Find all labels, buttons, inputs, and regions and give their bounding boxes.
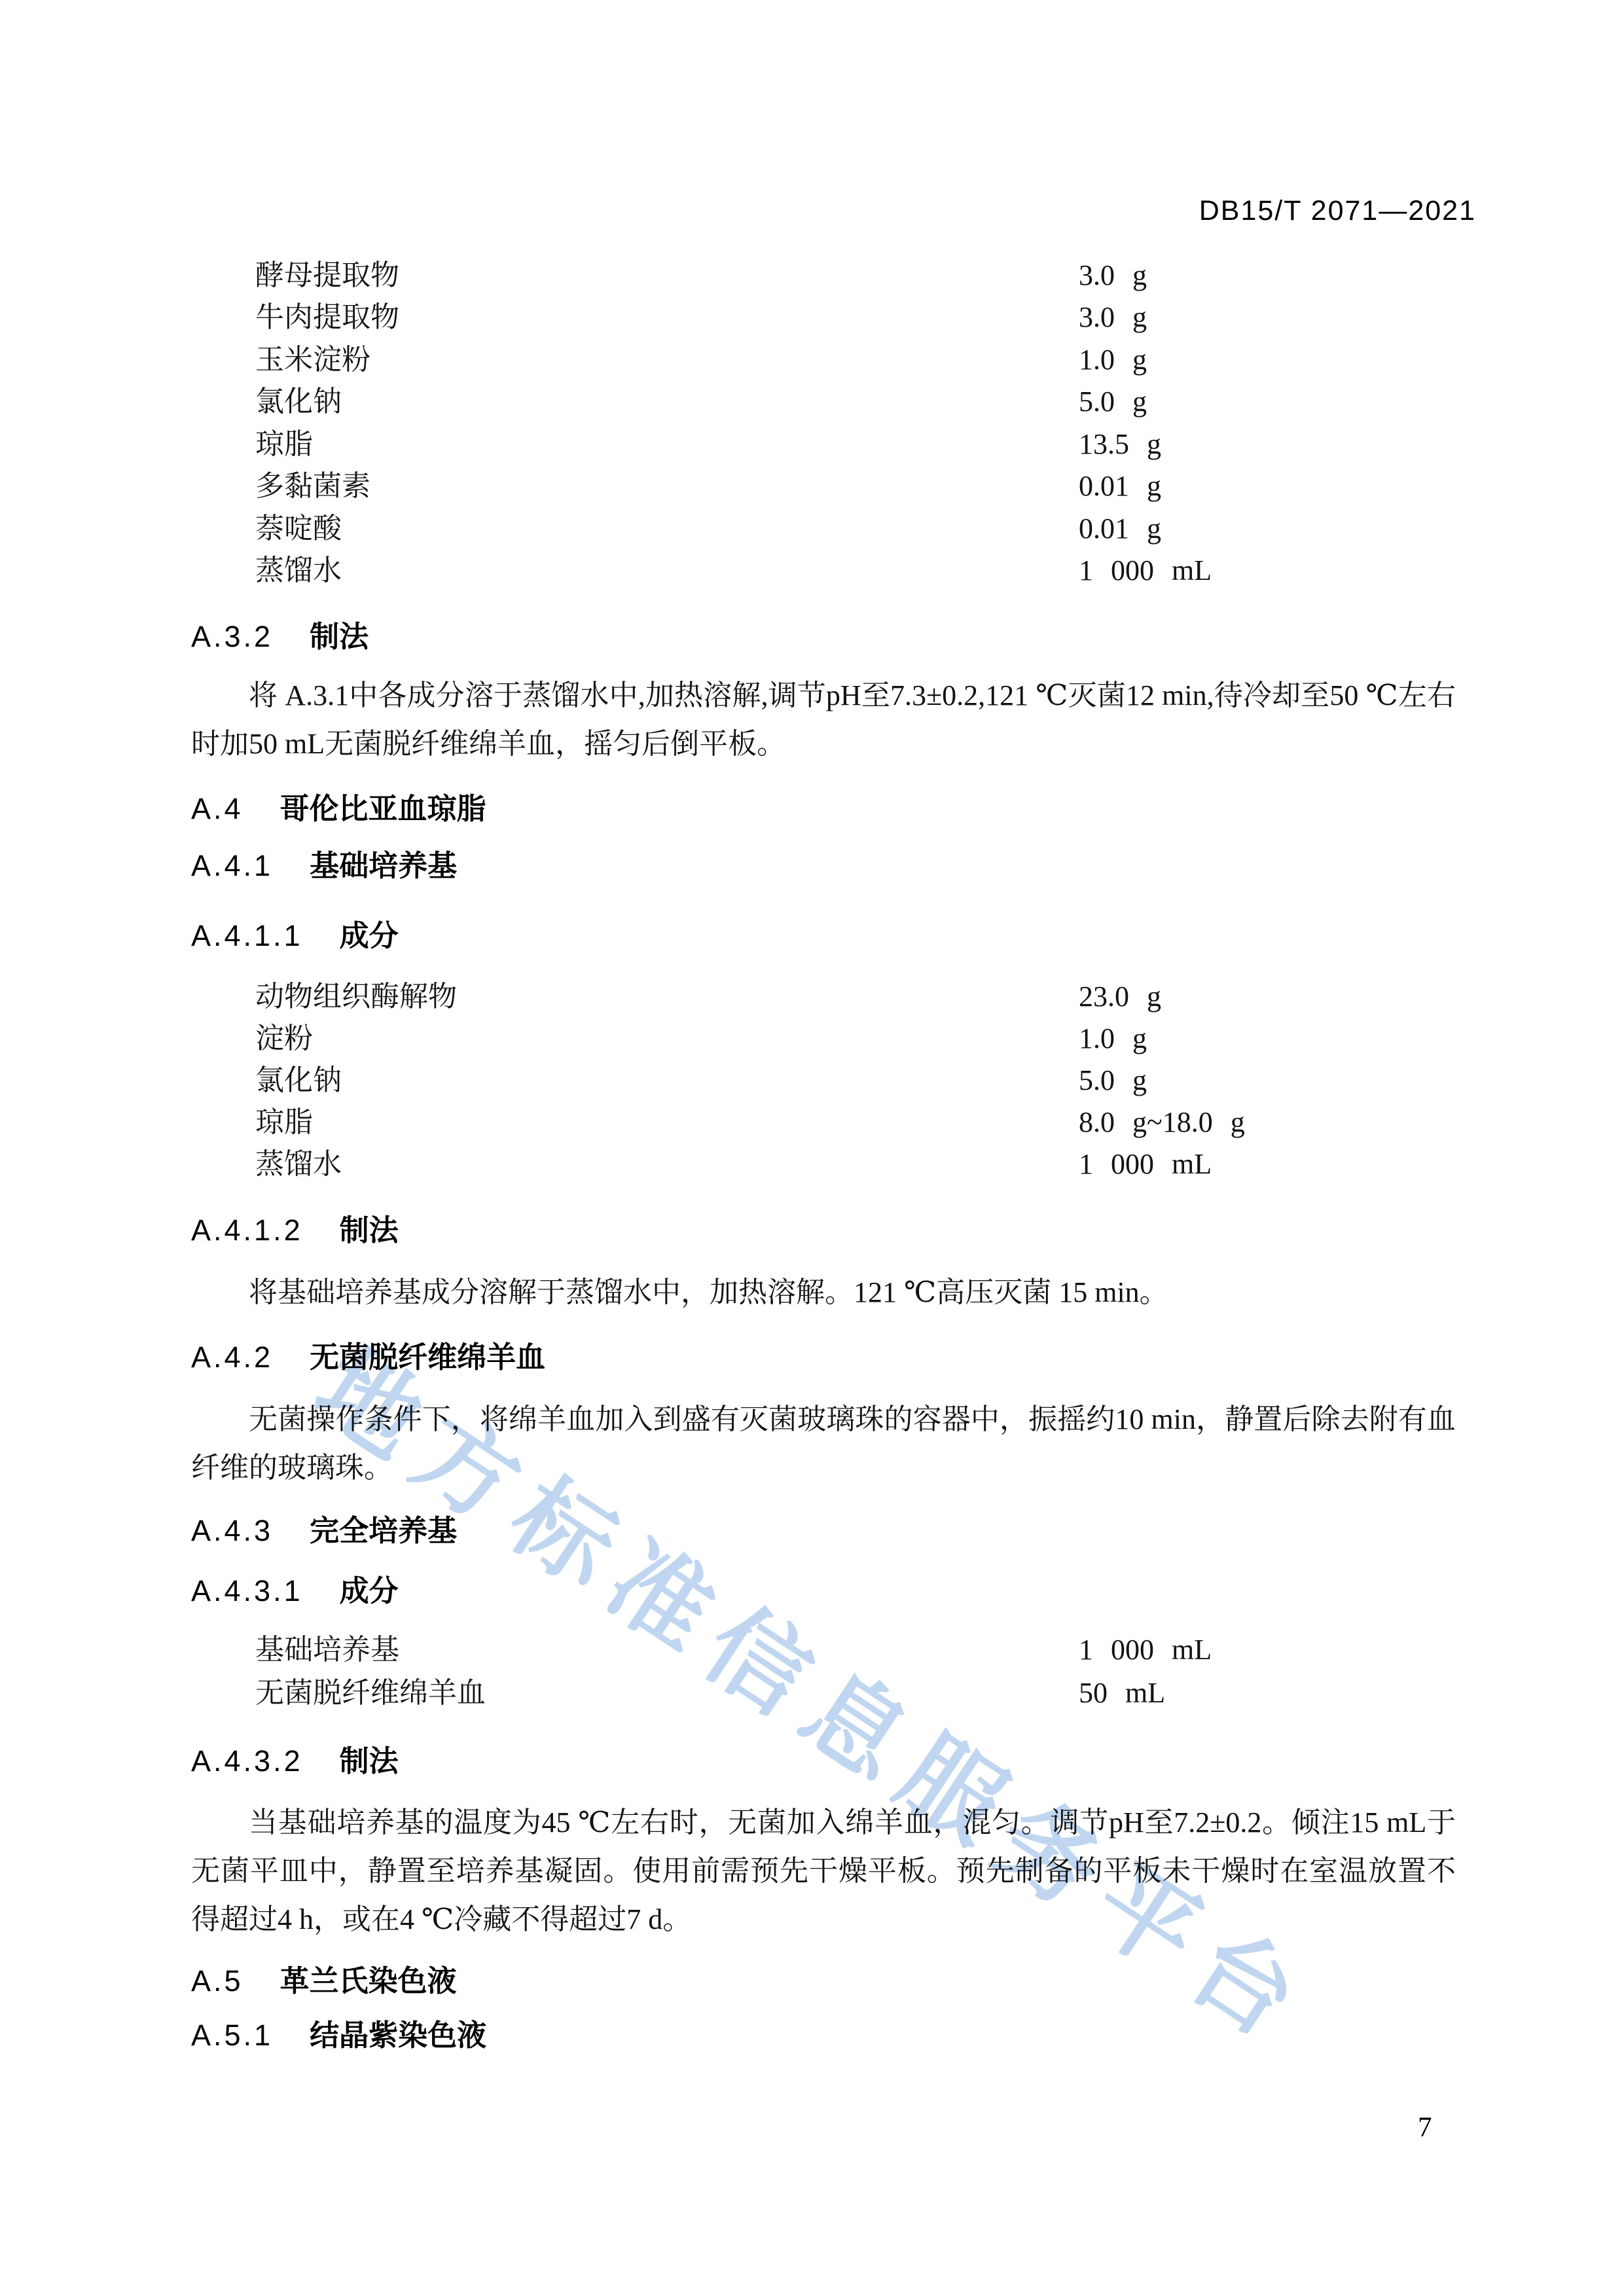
ingredient-label: 多黏菌素	[255, 468, 370, 505]
page-number: 7	[1418, 2111, 1432, 2144]
ingredient-value: 23.0 g	[1079, 978, 1161, 1015]
heading-a432: A.4.3.2制法	[191, 1743, 399, 1780]
heading-a4: A.4哥伦比亚血琼脂	[191, 791, 486, 827]
ingredient-label: 基础培养基	[255, 1632, 399, 1668]
ingredient-label: 无菌脱纤维绵羊血	[255, 1675, 486, 1712]
doc-code: DB15/T 2071—2021	[1199, 195, 1476, 227]
ingredient-value: 8.0 g~18.0 g	[1079, 1104, 1245, 1141]
heading-number: A.3.2	[191, 620, 273, 653]
heading-number: A.5	[191, 1964, 244, 1998]
document-page: 地方标准信息服务平台 DB15/T 2071—2021 酵母提取物 3.0 g …	[0, 0, 1624, 2296]
heading-title: 哥伦比亚血琼脂	[280, 792, 486, 825]
heading-number: A.4.1	[191, 849, 273, 882]
heading-a42: A.4.2无菌脱纤维绵羊血	[191, 1339, 545, 1376]
heading-number: A.4	[191, 792, 244, 825]
ingredient-label: 牛肉提取物	[255, 299, 399, 336]
heading-number: A.4.2	[191, 1340, 273, 1374]
heading-a43: A.4.3完全培养基	[191, 1513, 457, 1549]
heading-a32: A.3.2制法	[191, 619, 369, 655]
ingredient-label: 氯化钠	[255, 384, 342, 420]
heading-title: 革兰氏染色液	[280, 1964, 457, 1998]
ingredient-value: 1.0 g	[1079, 1020, 1147, 1057]
ingredient-label: 氯化钠	[255, 1062, 342, 1099]
heading-a51: A.5.1结晶紫染色液	[191, 2017, 486, 2054]
heading-a431: A.4.3.1成分	[191, 1573, 399, 1609]
paragraph-a32: 将 A.3.1中各成分溶于蒸馏水中,加热溶解,调节pH至7.3±0.2,121 …	[191, 672, 1456, 768]
ingredient-value: 1 000 mL	[1079, 1146, 1212, 1183]
heading-number: A.4.3	[191, 1514, 273, 1547]
ingredient-label: 琼脂	[255, 1104, 313, 1141]
heading-a412: A.4.1.2制法	[191, 1212, 399, 1249]
heading-title: 无菌脱纤维绵羊血	[310, 1340, 545, 1374]
ingredient-value: 3.0 g	[1079, 299, 1147, 336]
ingredient-label: 酵母提取物	[255, 257, 399, 294]
heading-title: 完全培养基	[310, 1514, 457, 1547]
paragraph-a432: 当基础培养基的温度为45 ℃左右时，无菌加入绵羊血，混匀。调节pH至7.2±0.…	[191, 1799, 1456, 1944]
ingredient-value: 3.0 g	[1079, 257, 1147, 294]
heading-number: A.4.3.1	[191, 1574, 303, 1607]
heading-a411: A.4.1.1成分	[191, 918, 399, 954]
heading-number: A.5.1	[191, 2018, 273, 2052]
heading-title: 成分	[340, 1574, 399, 1607]
paragraph-a412: 将基础培养基成分溶解于蒸馏水中，加热溶解。121 ℃高压灭菌 15 min。	[191, 1268, 1456, 1317]
ingredient-label: 玉米淀粉	[255, 342, 370, 378]
heading-number: A.4.3.2	[191, 1744, 303, 1778]
heading-number: A.4.1.2	[191, 1213, 303, 1247]
heading-a5: A.5革兰氏染色液	[191, 1963, 457, 2000]
ingredient-label: 蒸馏水	[255, 1146, 342, 1183]
heading-title: 基础培养基	[310, 849, 457, 882]
paragraph-a42: 无菌操作条件下，将绵羊血加入到盛有灭菌玻璃珠的容器中，振摇约10 min，静置后…	[191, 1395, 1456, 1492]
ingredient-label: 萘啶酸	[255, 511, 342, 547]
ingredient-value: 0.01 g	[1079, 511, 1161, 547]
heading-title: 制法	[340, 1213, 399, 1247]
ingredient-value: 1.0 g	[1079, 342, 1147, 378]
ingredient-label: 动物组织酶解物	[255, 978, 457, 1015]
ingredient-value: 5.0 g	[1079, 1062, 1147, 1099]
ingredient-value: 5.0 g	[1079, 384, 1147, 420]
heading-title: 结晶紫染色液	[310, 2018, 486, 2052]
heading-a41: A.4.1基础培养基	[191, 848, 457, 884]
heading-title: 制法	[310, 620, 369, 653]
ingredient-label: 琼脂	[255, 426, 313, 463]
heading-title: 成分	[340, 919, 399, 952]
ingredient-label: 淀粉	[255, 1020, 313, 1057]
ingredient-value: 50 mL	[1079, 1675, 1165, 1712]
ingredient-value: 1 000 mL	[1079, 1632, 1212, 1668]
ingredient-value: 0.01 g	[1079, 468, 1161, 505]
heading-number: A.4.1.1	[191, 919, 303, 952]
ingredient-value: 13.5 g	[1079, 426, 1161, 463]
heading-title: 制法	[340, 1744, 399, 1778]
ingredient-label: 蒸馏水	[255, 552, 342, 589]
ingredient-value: 1 000 mL	[1079, 552, 1212, 589]
